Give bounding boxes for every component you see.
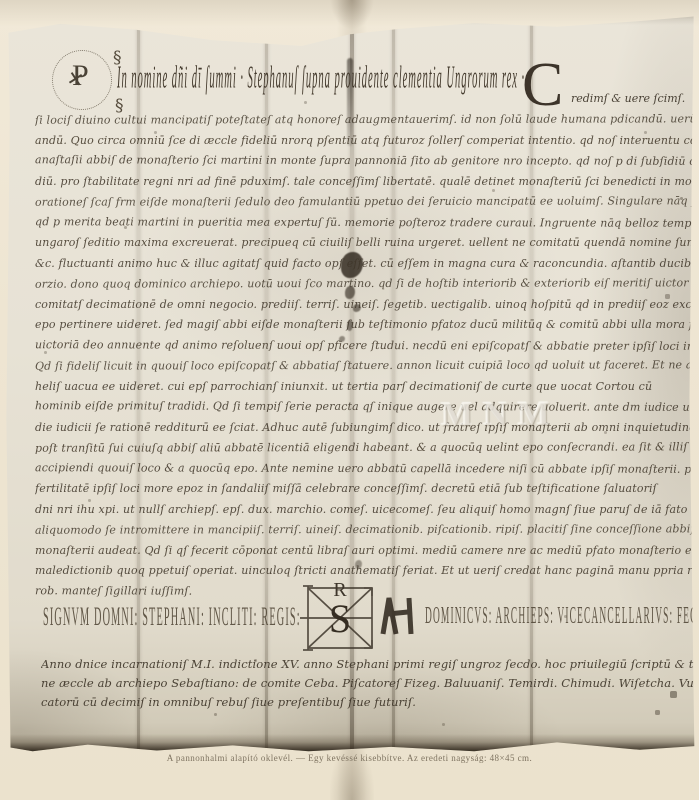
chrismon-chi-rho-icon: P ✕ bbox=[52, 50, 112, 110]
manuscript-line: ſi lociſ diuino cultui mancipatiſ poteſt… bbox=[35, 113, 697, 134]
manuscript-line: qd p merita beati martini in pueritia me… bbox=[35, 215, 697, 237]
charter-heading: In nomine dñi dī ſummi · Stephanuſ ſupna… bbox=[117, 60, 517, 98]
dating-clause: Anno dnice incarnationiſ M.I. indictione… bbox=[41, 657, 699, 714]
manuscript-line: orationeſ ſcaſ frm eiſde monaſterii ſedu… bbox=[35, 194, 697, 216]
photo-plate-parchment: P ✕ § § In nomine dñi dī ſummi · Stephan… bbox=[5, 12, 695, 752]
manuscript-line: aliquomodo ſe intromittere in mancipiiſ.… bbox=[35, 522, 697, 544]
manuscript-line: monaſterii audeat. Qd ſi qſ fecerit cōpo… bbox=[35, 544, 697, 565]
plate-caption: A pannonhalmi alapító oklevél. — Egy kev… bbox=[0, 753, 699, 763]
initial-tail-text: redimſ & uere ſcimſ. bbox=[571, 92, 685, 105]
chancellor-line: DOMINICVS: ARCHIEPS: VICECANCELLARIVS: F… bbox=[425, 604, 699, 629]
manuscript-line: andū. Quo circa omniū ſce di æccle fidel… bbox=[35, 134, 697, 155]
manuscript-line: &c. fluctuanti animo huc & illuc agitatſ… bbox=[35, 257, 697, 278]
dating-line: catorū cū decimiſ in omnibuſ rebuſ ſiue … bbox=[41, 695, 699, 714]
dating-line: ne æccle ab archiepo Sebaſtiano: de comi… bbox=[41, 676, 699, 695]
signum-line: SIGNVM DOMNI: STEPHANI: INCLITI: REGIS: bbox=[43, 602, 301, 634]
royal-monogram-stephanus: R S bbox=[298, 578, 378, 658]
dating-line: Anno dnice incarnationiſ M.I. indictione… bbox=[41, 657, 699, 676]
initial-letter-c: C bbox=[522, 54, 563, 116]
monogram-center-letter: S bbox=[329, 596, 351, 641]
manuscript-line: orzio. dono quoq dominico archiepo. uotū… bbox=[35, 276, 697, 298]
notary-sign bbox=[378, 594, 418, 638]
manuscript-line: ungaroſ ſeditio maxima excreuerat. preci… bbox=[35, 236, 697, 257]
manuscript-line: heliſ uacua ee uideret. cui epſ parrochi… bbox=[35, 380, 697, 401]
manuscript-line: uictoriā deo annuente qd animo reſoluenſ… bbox=[35, 338, 697, 360]
manuscript-line: Qd ſi fideliſ licuit in quouiſ loco epiſ… bbox=[35, 358, 697, 380]
manuscript-line: poſt tranſitū ſui cuiuſq abbiſ aliū abba… bbox=[35, 440, 697, 462]
manuscript-line: fertilitatē ipſiſ loci more epoz in ſand… bbox=[35, 482, 697, 503]
book-gutter-shadow-top bbox=[330, 0, 374, 30]
manuscript-line: accipiendi quouiſ loco & a quocūq epo. A… bbox=[35, 461, 697, 483]
manuscript-line: anaſtaſii abbiſ de monaſterio ſci martin… bbox=[35, 153, 697, 175]
manuscript-line: die iudicii ſe rationē redditurū ee ſcia… bbox=[35, 421, 697, 442]
manuscript-line: epo pertinere uideret. ſed magiſ abbi ei… bbox=[35, 318, 697, 339]
manuscript-line: comitatſ decimationē de omni negocio. pr… bbox=[35, 298, 697, 319]
blind-stamp: MNM bbox=[441, 395, 560, 434]
book-page: P ✕ § § In nomine dñi dī ſummi · Stephan… bbox=[0, 0, 699, 800]
manuscript-line: diū. pro ſtabilitate regni nri ad finē p… bbox=[35, 175, 697, 196]
charter-body-text: ſi lociſ diuino cultui mancipatiſ poteſt… bbox=[35, 113, 697, 605]
manuscript-line: dni nri ihu xpi. ut nullſ archiepſ. epſ.… bbox=[35, 503, 697, 524]
manuscript-line: hominib eiſde primituſ tradidi. Qd ſi te… bbox=[35, 399, 697, 421]
